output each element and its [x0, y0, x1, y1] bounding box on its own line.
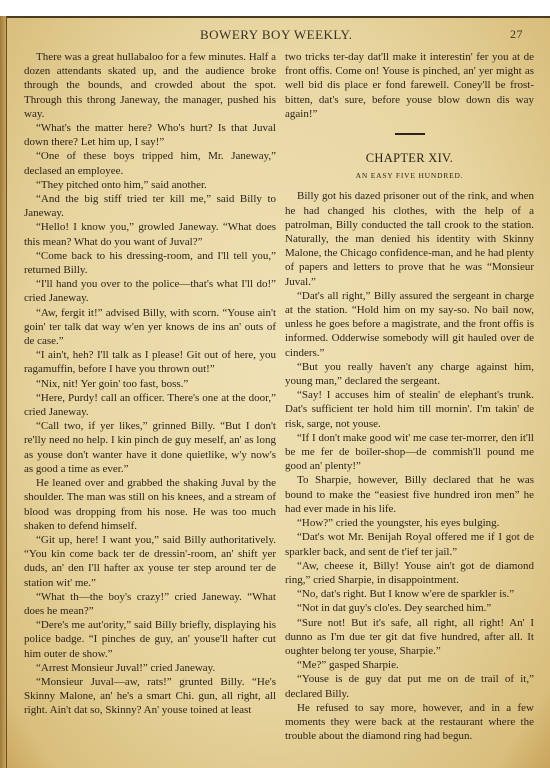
continued-paragraph: two tricks ter-day dat'll make it intere…: [285, 50, 534, 121]
paragraph: “I ain't, heh? I'll talk as I please! Gi…: [24, 348, 276, 376]
paragraph: “They pitched onto him,” said another.: [24, 178, 276, 192]
paragraph: “Hello! I know you,” growled Janeway. “W…: [24, 220, 276, 248]
paragraph: “Monsieur Juval—aw, rats!” grunted Billy…: [24, 675, 276, 718]
paragraph: Billy got his dazed prisoner out of the …: [285, 189, 534, 288]
paragraph: To Sharpie, however, Billy declared that…: [285, 473, 534, 516]
paragraph: “Dat's wot Mr. Benijah Royal offered me …: [285, 530, 534, 558]
paragraph: “Git up, here! I want you,” said Billy a…: [24, 533, 276, 590]
paragraph: “What th—the boy's crazy!” cried Janeway…: [24, 590, 276, 618]
paragraph: “Come back to his dressing-room, and I'l…: [24, 249, 276, 277]
paragraph: “If I don't make good wit' me case ter-m…: [285, 431, 534, 474]
paragraph: “Aw, cheese it, Billy! Youse ain't got d…: [285, 559, 534, 587]
publication-title: BOWERY BOY WEEKLY.: [200, 27, 353, 43]
left-column: There was a great hullabaloo for a few m…: [24, 50, 276, 718]
chapter-subtitle: AN EASY FIVE HUNDRED.: [285, 169, 534, 183]
paragraph: “Here, Purdy! call an officer. There's o…: [24, 391, 276, 419]
running-header: BOWERY BOY WEEKLY. 27: [0, 27, 550, 43]
right-column: two tricks ter-day dat'll make it intere…: [285, 50, 534, 743]
paragraph: He leaned over and grabbed the shaking J…: [24, 476, 276, 533]
paragraph: “And the big stiff tried ter kill me,” s…: [24, 192, 276, 220]
paragraph: “Dere's me aut'ority,” said Billy briefl…: [24, 618, 276, 661]
paragraph: “Me?” gasped Sharpie.: [285, 658, 534, 672]
chapter-title: CHAPTER XIV.: [285, 151, 534, 165]
paragraph: “But you really haven't any charge again…: [285, 360, 534, 388]
paragraph: “Sure not! But it's safe, all right, all…: [285, 616, 534, 659]
paragraph: “Nix, nit! Yer goin' too fast, boss.”: [24, 377, 276, 391]
paragraph: “Youse is de guy dat put me on de trail …: [285, 672, 534, 700]
paragraph: “What's the matter here? Who's hurt? Is …: [24, 121, 276, 149]
paragraph: “Arrest Monsieur Juval!” cried Janeway.: [24, 661, 276, 675]
paragraph: “How?” cried the youngster, his eyes bul…: [285, 516, 534, 530]
page-spine-edge: [0, 16, 7, 768]
paragraph: “One of these boys tripped him, Mr. Jane…: [24, 149, 276, 177]
paragraph: “Aw, fergit it!” advised Billy, with sco…: [24, 306, 276, 349]
page-number: 27: [510, 27, 523, 42]
section-divider: [395, 133, 425, 135]
paragraph: There was a great hullabaloo for a few m…: [24, 50, 276, 121]
paragraph: “I'll hand you over to the police—that's…: [24, 277, 276, 305]
paragraph: “Dat's all right,” Billy assured the ser…: [285, 289, 534, 360]
paragraph: “No, dat's right. But I know w'ere de sp…: [285, 587, 534, 601]
paragraph: “Not in dat guy's clo'es. Dey searched h…: [285, 601, 534, 615]
paragraph: “Say! I accuses him of stealin' de eleph…: [285, 388, 534, 431]
paragraph: He refused to say more, however, and in …: [285, 701, 534, 744]
paragraph: “Call two, if yer likes,” grinned Billy.…: [24, 419, 276, 476]
